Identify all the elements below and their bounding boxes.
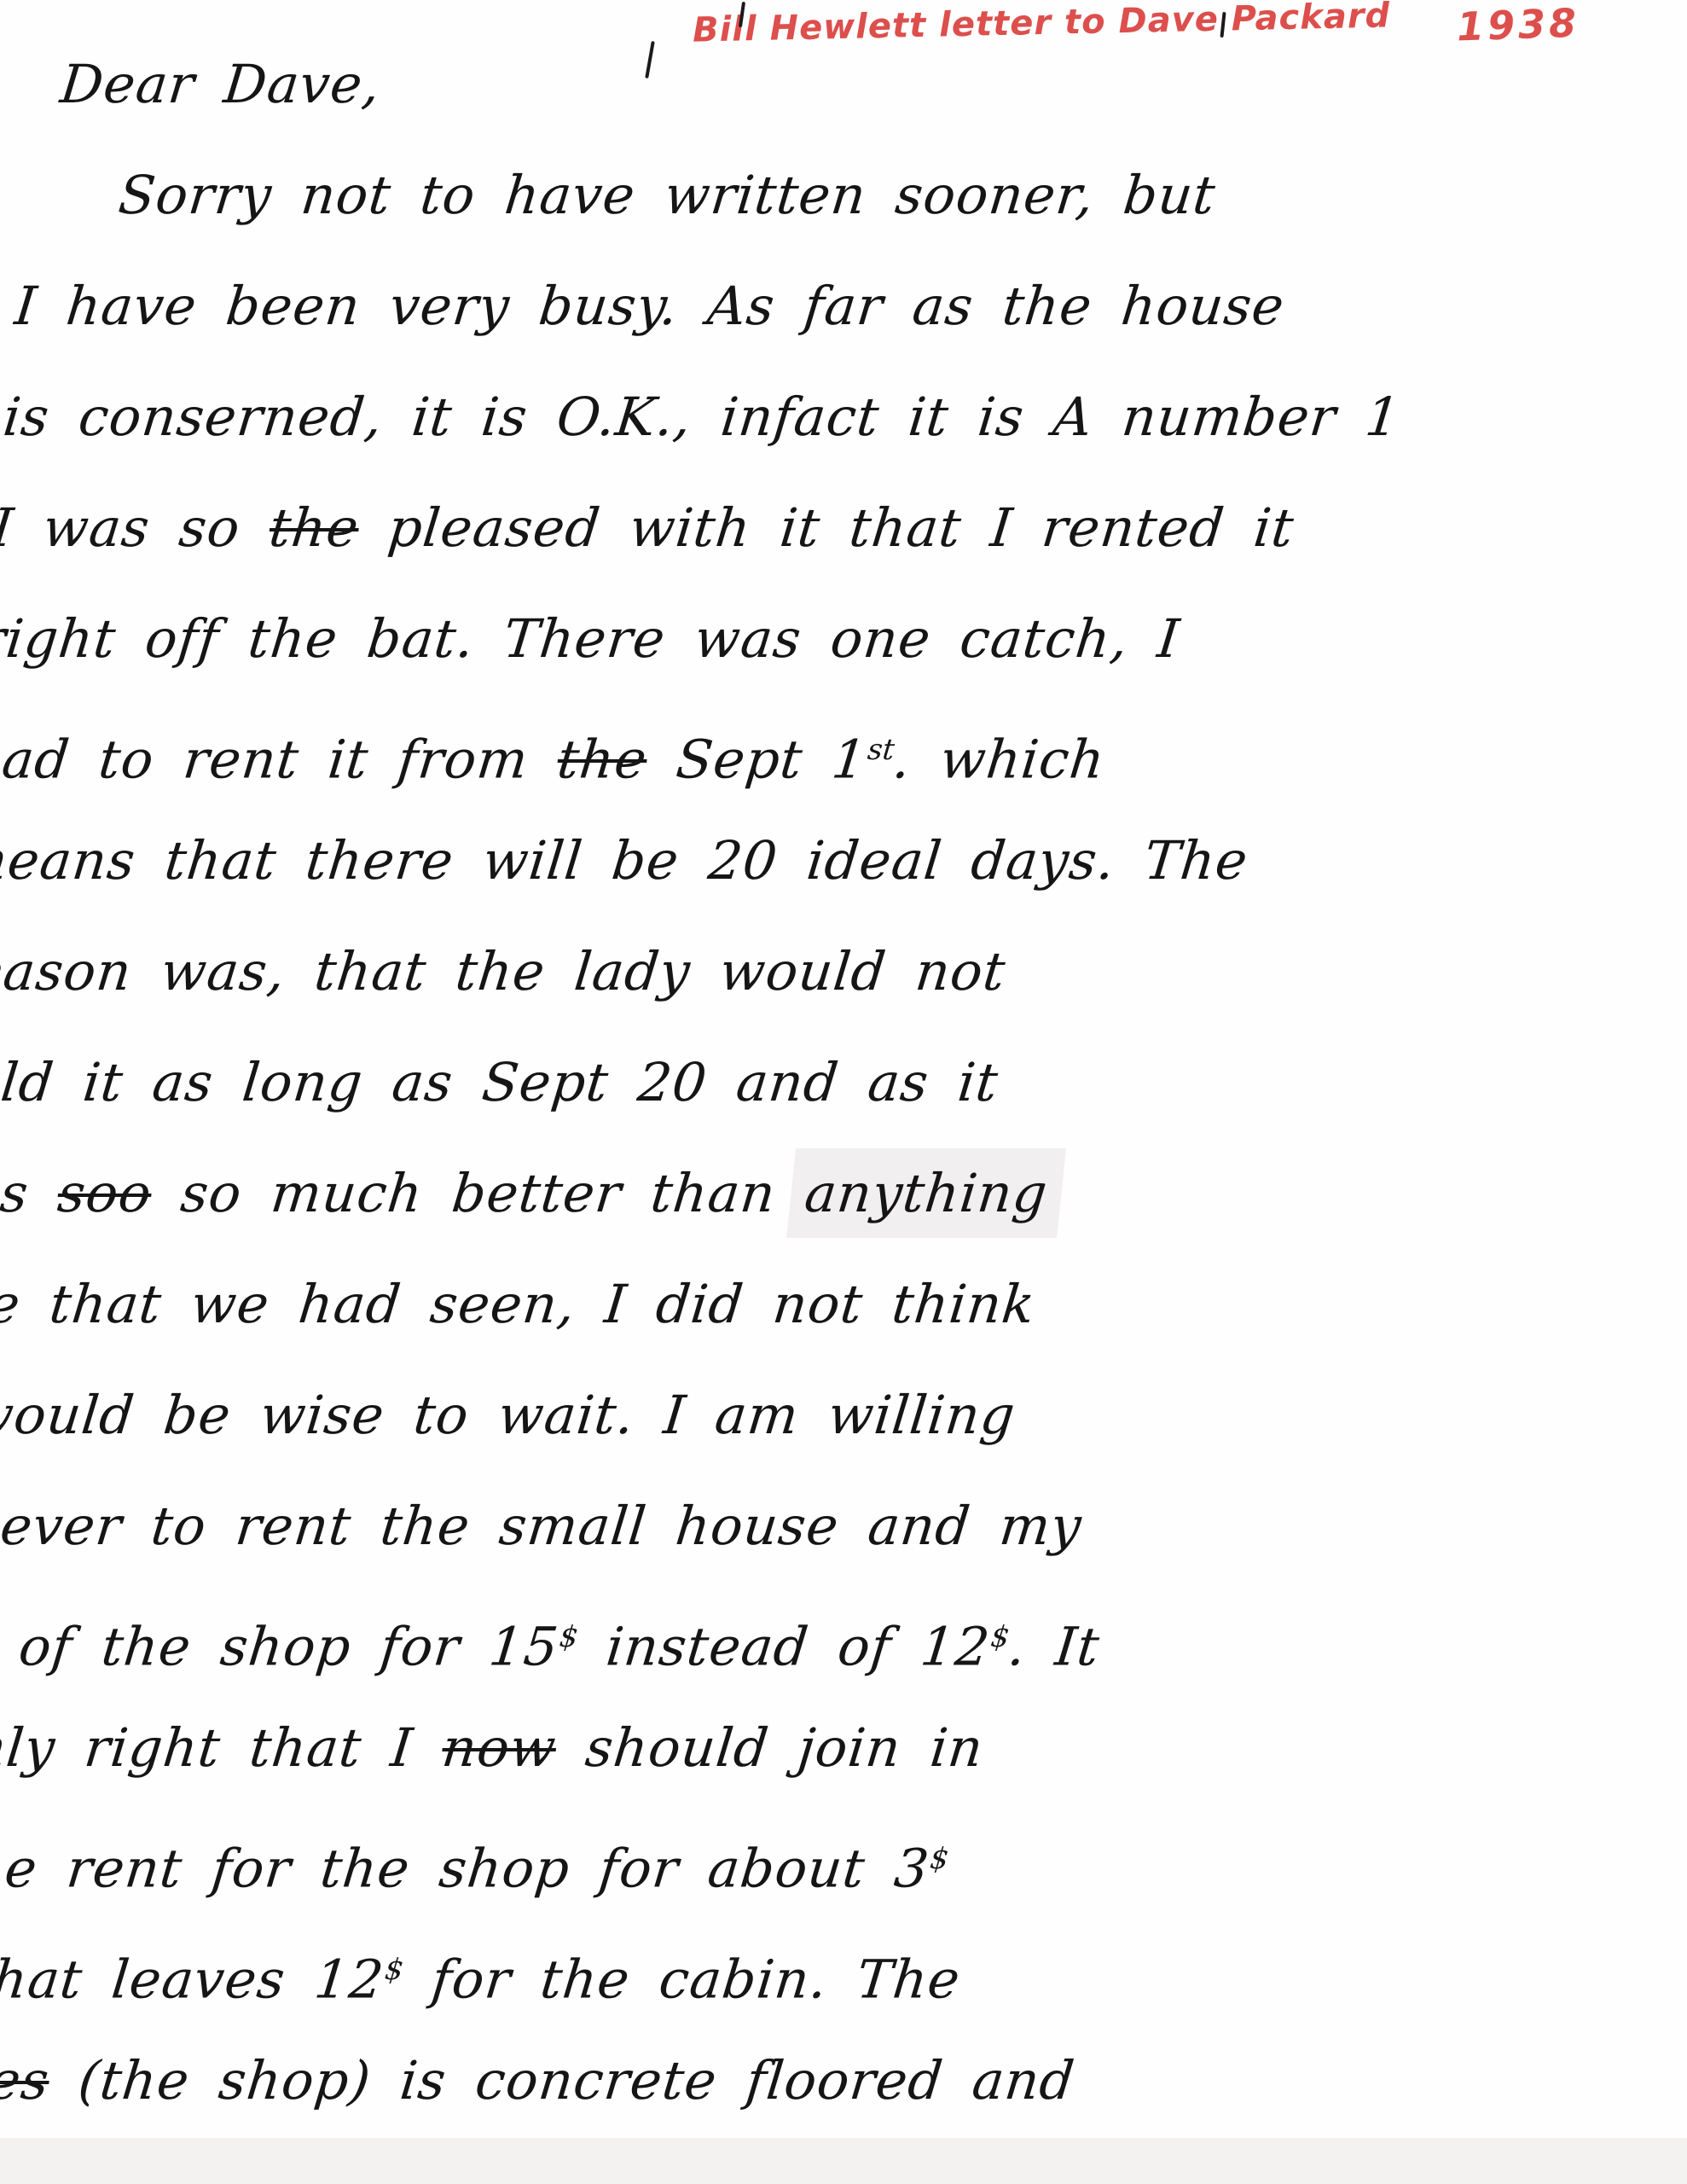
struck-word: the <box>554 729 650 791</box>
letter-line: I have been very busy. As far as the hou… <box>9 251 1638 362</box>
letter-text: Dear Dave, <box>57 53 383 115</box>
letter-line: part of the shop for 15$ instead of 12$.… <box>0 1582 1499 1693</box>
letter-line: is conserned, it is O.K., infact it is A… <box>0 362 1626 473</box>
struck-word: garages <box>0 2049 53 2111</box>
letter-text: should join in <box>553 1716 986 1779</box>
letter-text: on the rent for the shop for about 3 <box>0 1838 932 1900</box>
letter-text: had to rent it from <box>0 729 561 791</box>
letter-text: so much better than <box>148 1162 809 1224</box>
letter-text: for the cabin. The <box>399 1949 964 2011</box>
letter-page: Bill Hewlett letter to Dave Packard 1938… <box>0 0 1687 2184</box>
letter-line: reason was, that the lady would not <box>0 916 1568 1027</box>
letter-line: on the rent for the shop for about 3$ <box>0 1804 1475 1914</box>
scan-edge-band <box>0 2138 1687 2184</box>
letter-text: it would be wise to wait. I am willing <box>0 1384 1018 1446</box>
letter-line: was soo so much better than anything <box>0 1138 1545 1249</box>
struck-word: now <box>439 1716 559 1779</box>
letter-line: and that leaves 12$ for the cabin. The <box>0 1914 1464 2025</box>
letter-text: else that we had seen, I did not think <box>0 1273 1038 1335</box>
letter-line: garages (the shop) is concrete floored a… <box>0 2025 1452 2136</box>
letter-line: hold it as long as Sept 20 and as it <box>0 1027 1557 1138</box>
struck-word: soo <box>55 1162 154 1224</box>
letter-line: is only right that I now should join in <box>0 1693 1487 1804</box>
letter-line: had to rent it from the Sept 1st. which <box>0 694 1591 805</box>
letter-line: Dear Dave, <box>32 29 1661 140</box>
letter-text: I have been very busy. As far as the hou… <box>12 275 1288 337</box>
letter-text: right off the bat. There was one catch, … <box>0 607 1183 670</box>
letter-line: means that there will be 20 ideal days. … <box>0 805 1580 916</box>
letter-text: I was so <box>0 497 273 559</box>
letter-text: instead of 12 <box>574 1616 994 1678</box>
letter-text: Sept 1 <box>644 729 870 791</box>
letter-text: . It <box>1006 1616 1104 1678</box>
letter-line: Sorry not to have written sooner, but <box>21 140 1650 251</box>
patched-word: anything <box>802 1162 1051 1224</box>
letter-text: (the shop) is concrete floored and <box>46 2049 1078 2111</box>
letter-text: part of the shop for 15 <box>0 1616 562 1678</box>
letter-line: I was so the pleased with it that I rent… <box>0 473 1615 584</box>
letter-line: it would be wise to wait. I am willing <box>0 1360 1522 1471</box>
letter-text: is only right that I <box>0 1716 446 1779</box>
letter-text: Sorry not to have written sooner, but <box>116 164 1219 226</box>
letter-line: right off the bat. There was one catch, … <box>0 584 1603 694</box>
letter-text: st <box>866 733 896 767</box>
letter-text: pleased with it that I rented it <box>356 497 1297 559</box>
struck-word: the <box>266 497 362 559</box>
letter-line: however to rent the small house and my <box>0 1471 1510 1582</box>
letter-text: was <box>0 1162 61 1224</box>
letter-text: reason was, that the lady would not <box>0 940 1009 1002</box>
letter-text: however to rent the small house and my <box>0 1495 1085 1557</box>
letter-text: hold it as long as Sept 20 and as it <box>0 1051 1001 1113</box>
letter-text: $ <box>928 1842 950 1876</box>
letter-body: Dear Dave,Sorry not to have written soon… <box>0 29 1661 2136</box>
letter-text: is conserned, it is O.K., infact it is A… <box>0 386 1403 448</box>
letter-line: else that we had seen, I did not think <box>0 1249 1533 1360</box>
letter-text: . which <box>890 729 1109 791</box>
letter-text: means that there will be 20 ideal days. … <box>0 829 1251 892</box>
letter-text: and that leaves 12 <box>0 1949 387 2011</box>
